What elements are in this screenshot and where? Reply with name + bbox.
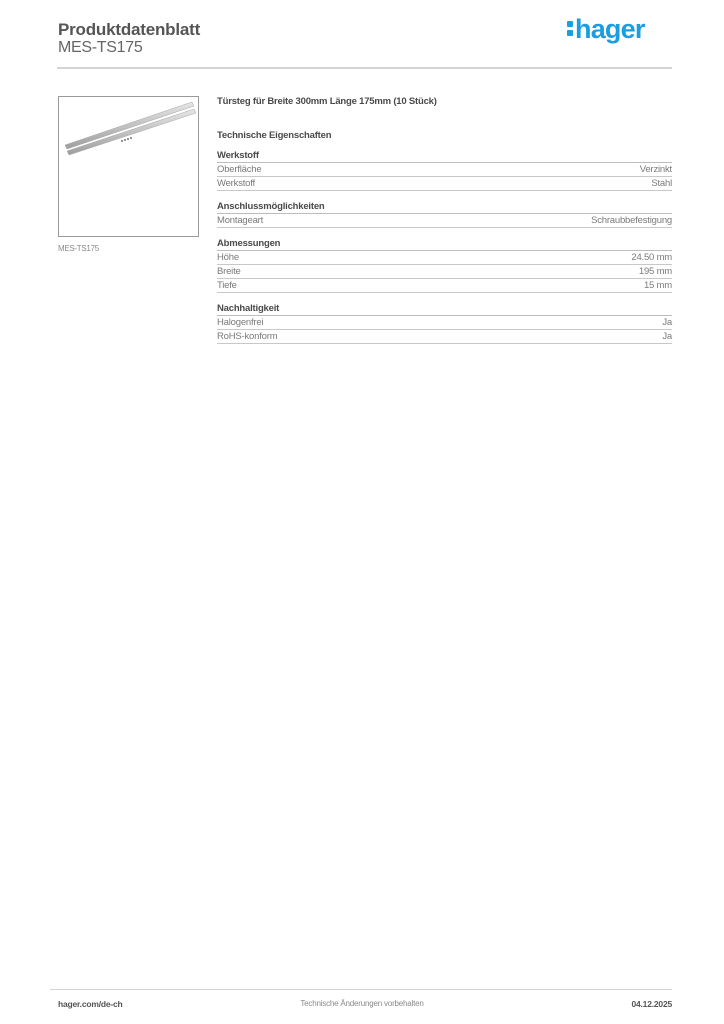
spec-row: Werkstoff Stahl	[217, 177, 672, 191]
spec-label: Höhe	[217, 251, 239, 264]
spec-label: Breite	[217, 265, 241, 278]
hager-logo: hager	[567, 14, 645, 45]
image-caption: MES-TS175	[58, 244, 99, 253]
spec-value: 24.50 mm	[631, 251, 672, 264]
spec-value: Ja	[662, 330, 672, 343]
spec-group-title: Nachhaltigkeit	[217, 303, 672, 316]
product-image	[58, 96, 199, 237]
spec-group-anschluss: Anschlussmöglichkeiten Montageart Schrau…	[217, 201, 672, 228]
spec-label: Halogenfrei	[217, 316, 263, 329]
spec-value: 15 mm	[644, 279, 672, 292]
spec-row: RoHS-konform Ja	[217, 330, 672, 344]
spec-row: Tiefe 15 mm	[217, 279, 672, 293]
spec-group-werkstoff: Werkstoff Oberfläche Verzinkt Werkstoff …	[217, 150, 672, 191]
header-divider	[57, 67, 672, 69]
specifications: Türsteg für Breite 300mm Länge 175mm (10…	[217, 96, 672, 354]
spec-group-nachhaltigkeit: Nachhaltigkeit Halogenfrei Ja RoHS-konfo…	[217, 303, 672, 344]
spec-label: Montageart	[217, 214, 263, 227]
spec-group-title: Abmessungen	[217, 238, 672, 251]
spec-value: Stahl	[651, 177, 672, 190]
spec-row: Höhe 24.50 mm	[217, 251, 672, 265]
logo-text: hager	[575, 14, 645, 44]
spec-value: Schraubbefestigung	[591, 214, 672, 227]
document-title: Produktdatenblatt	[58, 20, 200, 40]
spec-label: RoHS-konform	[217, 330, 277, 343]
spec-label: Oberfläche	[217, 163, 261, 176]
footer-date: 04.12.2025	[631, 999, 672, 1009]
spec-group-title: Anschlussmöglichkeiten	[217, 201, 672, 214]
spec-row: Breite 195 mm	[217, 265, 672, 279]
spec-value: Verzinkt	[640, 163, 672, 176]
spec-label: Tiefe	[217, 279, 237, 292]
spec-row: Oberfläche Verzinkt	[217, 163, 672, 177]
product-code: MES-TS175	[58, 39, 142, 57]
spec-group-title: Werkstoff	[217, 150, 672, 163]
spec-group-abmessungen: Abmessungen Höhe 24.50 mm Breite 195 mm …	[217, 238, 672, 293]
spec-label: Werkstoff	[217, 177, 255, 190]
product-description: Türsteg für Breite 300mm Länge 175mm (10…	[217, 96, 672, 110]
logo-colon-icon	[567, 19, 573, 38]
spec-value: 195 mm	[639, 265, 672, 278]
section-heading: Technische Eigenschaften	[217, 130, 672, 150]
spec-row: Montageart Schraubbefestigung	[217, 214, 672, 228]
product-bars-icon	[59, 97, 200, 238]
spec-row: Halogenfrei Ja	[217, 316, 672, 330]
footer-notice: Technische Änderungen vorbehalten	[0, 999, 724, 1008]
footer-divider	[50, 989, 672, 990]
spec-value: Ja	[662, 316, 672, 329]
